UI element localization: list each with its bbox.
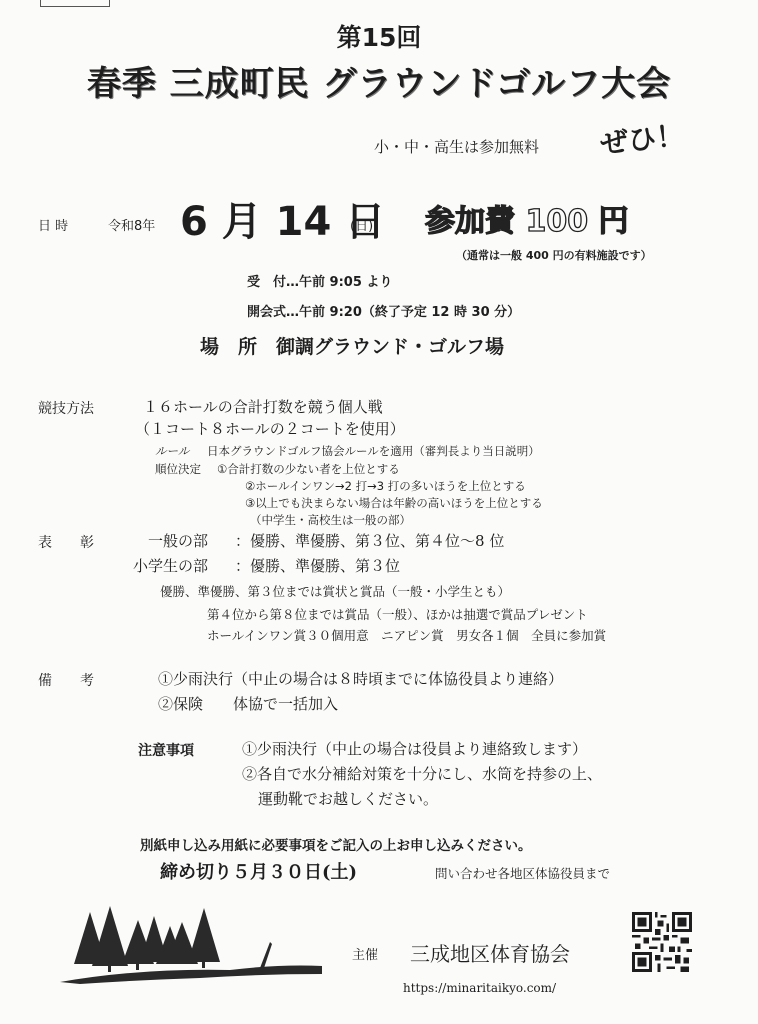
trees-golfer-illustration — [60, 902, 322, 986]
elementary-division-awards: ：優勝、準優勝、第３位 — [235, 555, 400, 576]
elementary-division-label: 小学生の部 — [133, 555, 208, 576]
reception-time: 受 付…午前 9:05 より — [247, 271, 392, 290]
category-note: （中学生・高校生は一般の部） — [250, 512, 411, 528]
awards-label: 表 彰 — [38, 532, 94, 552]
opening-time: 開会式…午前 9:20（終了予定 12 時 30 分） — [247, 301, 520, 320]
inquiry-note: 問い合わせ各地区体協役員まで — [435, 864, 610, 882]
ranking-label: 順位決定 — [155, 461, 201, 477]
cautions-label: 注意事項 — [138, 740, 194, 760]
remark-2: ②保険 体協で一括加入 — [158, 693, 338, 714]
remarks-label: 備 考 — [38, 670, 94, 690]
event-title: 春季 三成町民 グラウンドゴルフ大会 — [0, 56, 758, 105]
organizer-label: 主催 — [352, 944, 378, 963]
corner-box — [40, 0, 110, 7]
fee-note: （通常は一般 400 円の有料施設です） — [456, 247, 652, 263]
award-note-2: 第４位から第８位までは賞品（一般）、ほかは抽選で賞品プレゼント — [207, 605, 588, 623]
ranking-rule-3: ③以上でも決まらない場合は年齢の高いほうを上位とする — [245, 495, 543, 511]
application-deadline: 締め切り５月３０日(土) — [160, 858, 357, 884]
general-division-label: 一般の部 — [148, 530, 208, 551]
caution-1: ①少雨決行（中止の場合は役員より連絡致します） — [242, 738, 587, 759]
application-instruction: 別紙申し込み用紙に必要事項をご記入の上お申し込みください。 — [140, 834, 532, 854]
caution-3: 運動靴でお越しください。 — [258, 788, 438, 809]
award-note-1: 優勝、準優勝、第３位までは賞状と賞品（一般・小学生とも） — [160, 582, 510, 600]
era-year: 令和8年 — [108, 215, 155, 234]
award-note-3: ホールインワン賞３０個用意 ニアピン賞 男女各１個 全員に参加賞 — [207, 626, 606, 644]
website-url[interactable]: https://minaritaikyo.com/ — [403, 981, 556, 995]
ranking-rule-2: ②ホールインワン→2 打→3 打の多いほうを上位とする — [245, 478, 526, 494]
caution-2: ②各自で水分補給対策を十分にし、水筒を持参の上、 — [242, 763, 602, 784]
qr-code-icon[interactable] — [632, 912, 692, 972]
entry-fee: 参加費 100 円 — [425, 196, 629, 240]
remark-1: ①少雨決行（中止の場合は８時頃までに体協役員より連絡） — [158, 668, 563, 689]
organizer-name: 三成地区体育協会 — [410, 938, 570, 967]
ranking-rule-1: ①合計打数の少ない者を上位とする — [217, 461, 400, 477]
date-label: 日 時 — [38, 215, 68, 234]
competition-label: 競技方法 — [38, 398, 94, 418]
weekday: (日) — [350, 215, 373, 234]
rule-label: ルール — [155, 443, 189, 459]
competition-line1: １６ホールの合計打数を競う個人戦 — [143, 396, 383, 417]
edition-heading: 第15回 — [0, 18, 758, 54]
general-division-awards: ：優勝、準優勝、第３位、第４位～8 位 — [235, 530, 504, 551]
rule-text: 日本グラウンドゴルフ協会ルールを適用（審判長より当日説明） — [207, 443, 540, 459]
zehi-callout: ぜひ！ — [598, 114, 686, 163]
free-entry-note: 小・中・高生は参加無料 — [374, 136, 539, 157]
competition-line2: （１コート８ホールの２コートを使用） — [135, 418, 405, 439]
venue: 場 所 御調グラウンド・ゴルフ場 — [200, 332, 504, 359]
